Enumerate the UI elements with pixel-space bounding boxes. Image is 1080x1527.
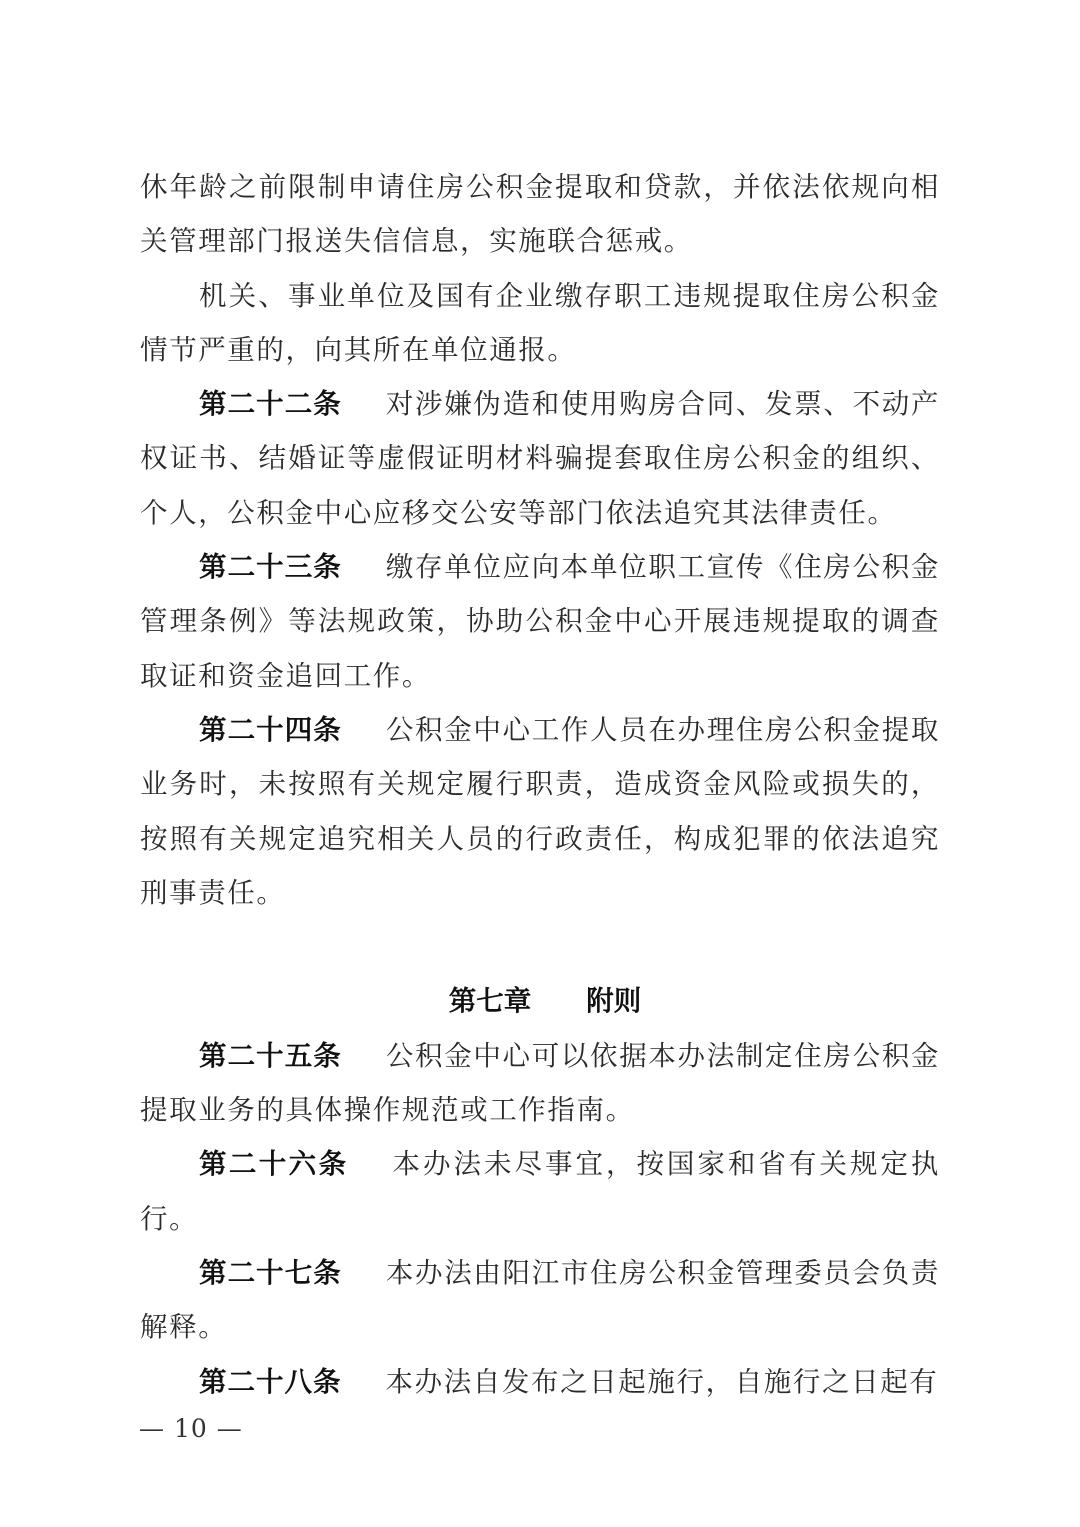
article-label: 第二十七条 [199,1257,342,1289]
article-label: 第二十六条 [199,1148,348,1180]
article-27: 第二十七条本办法由阳江市住房公积金管理委员会负责解释。 [140,1246,940,1355]
article-28: 第二十八条本办法自发布之日起施行，自施行之日起有 [140,1355,940,1409]
article-23: 第二十三条缴存单位应向本单位职工宣传《住房公积金管理条例》等法规政策，协助公积金… [140,540,940,703]
paragraph-continuation: 休年龄之前限制申请住房公积金提取和贷款，并依法依规向相关管理部门报送失信信息，实… [140,160,940,269]
article-label: 第二十二条 [199,388,342,420]
article-text: 本办法自发布之日起施行，自施行之日起有 [386,1366,939,1398]
section-spacer [140,920,940,974]
article-26: 第二十六条本办法未尽事宜，按国家和省有关规定执行。 [140,1137,940,1246]
article-label: 第二十四条 [199,714,342,746]
chapter-number: 第七章 [449,985,532,1017]
article-25: 第二十五条公积金中心可以依据本办法制定住房公积金提取业务的具体操作规范或工作指南… [140,1029,940,1138]
article-24: 第二十四条公积金中心工作人员在办理住房公积金提取业务时，未按照有关规定履行职责，… [140,703,940,920]
article-label: 第二十八条 [199,1366,342,1398]
article-label: 第二十五条 [199,1040,342,1072]
chapter-heading: 第七章附则 [140,974,940,1028]
paragraph-notification: 机关、事业单位及国有企业缴存职工违规提取住房公积金情节严重的，向其所在单位通报。 [140,269,940,378]
page-number: — 10 — [139,1414,243,1443]
chapter-title: 附则 [586,985,641,1017]
document-page: 休年龄之前限制申请住房公积金提取和贷款，并依法依规向相关管理部门报送失信信息，实… [140,160,940,1409]
article-label: 第二十三条 [199,551,342,583]
article-22: 第二十二条对涉嫌伪造和使用购房合同、发票、不动产权证书、结婚证等虚假证明材料骗提… [140,377,940,540]
